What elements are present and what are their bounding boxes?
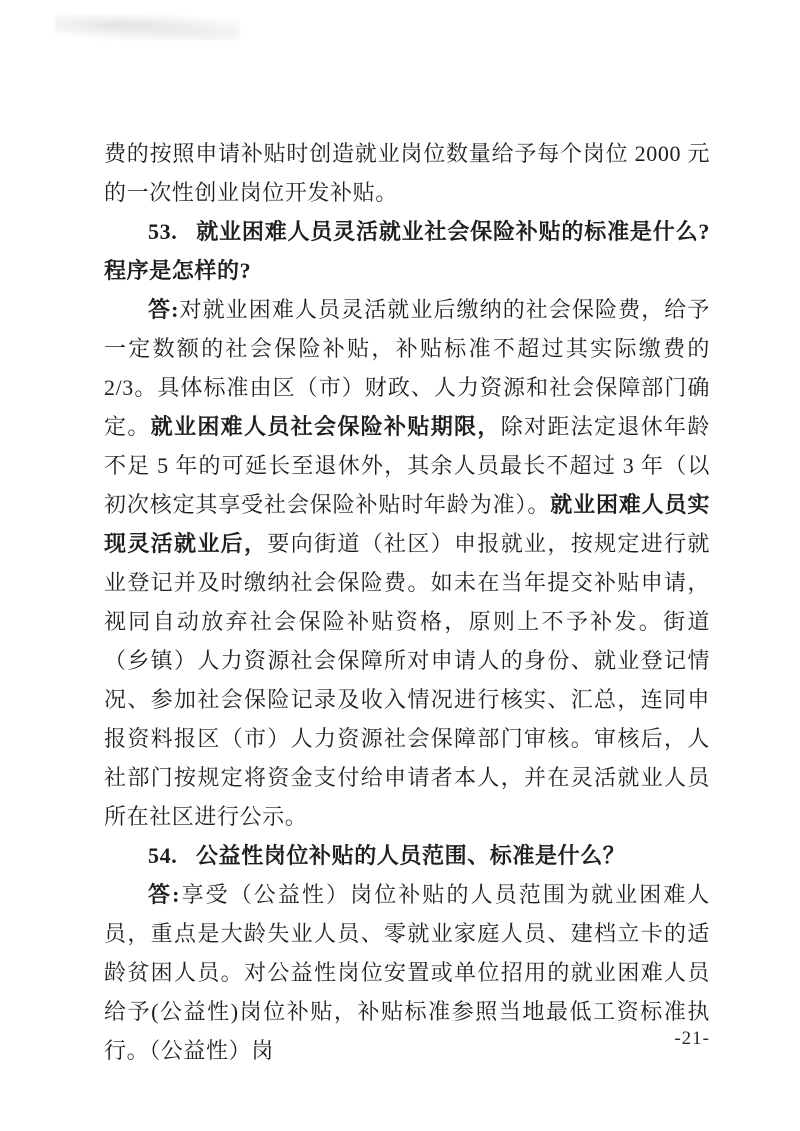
answer-53-label: 答:: [148, 297, 179, 322]
question-54-text: 公益性岗位补贴的人员范围、标准是什么？: [196, 843, 625, 868]
question-54-number: 54.: [148, 843, 177, 868]
answer-53-segment-3: 要向街道（社区）申报就业，按规定进行就业登记并及时缴纳社会保险费。如未在当年提交…: [104, 531, 710, 829]
answer-54-label: 答:: [148, 882, 180, 907]
question-54: 54.公益性岗位补贴的人员范围、标准是什么？: [104, 836, 710, 875]
scan-smudge-artifact: [55, 14, 240, 40]
question-53: 53.就业困难人员灵活就业社会保险补贴的标准是什么?程序是怎样的?: [104, 212, 710, 290]
document-body: 费的按照申请补贴时创造就业岗位数量给予每个岗位 2000 元的一次性创业岗位开发…: [104, 134, 710, 1070]
question-53-text: 就业困难人员灵活就业社会保险补贴的标准是什么?程序是怎样的?: [104, 219, 710, 283]
paragraph-continuation: 费的按照申请补贴时创造就业岗位数量给予每个岗位 2000 元的一次性创业岗位开发…: [104, 134, 710, 212]
answer-53: 答:对就业困难人员灵活就业后缴纳的社会保险费，给予一定数额的社会保险补贴，补贴标…: [104, 290, 710, 836]
page-number: -21-: [0, 1028, 710, 1050]
answer-53-bold-phrase-1: 就业困难人员社会保险补贴期限，: [151, 414, 501, 439]
question-53-number: 53.: [148, 219, 177, 244]
